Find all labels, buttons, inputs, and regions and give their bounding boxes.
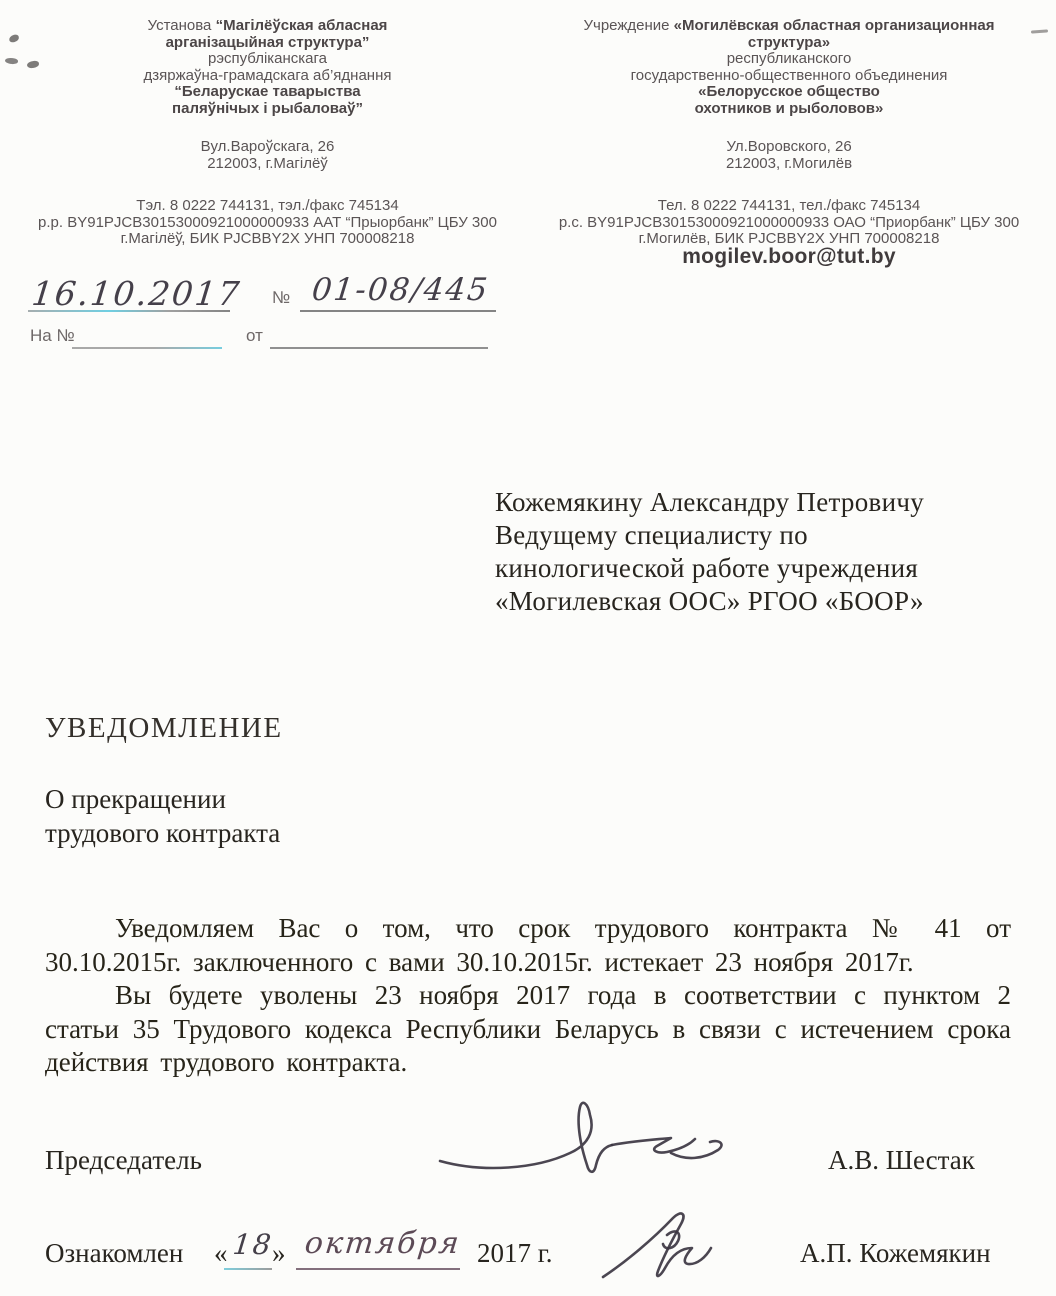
letterhead-right: Учреждение «Могилёвская областная органи… xyxy=(528,18,1050,265)
number-underline xyxy=(300,310,496,312)
chairman-name: А.В. Шестак xyxy=(828,1145,975,1176)
on-number-label: На № xyxy=(30,326,75,346)
org-name-line: государственно-общественного объединения xyxy=(528,68,1050,85)
acknowledged-name: А.П. Кожемякин xyxy=(800,1238,991,1269)
body-paragraph: Уведомляем Вас о том, что срок трудового… xyxy=(45,912,1011,979)
org-name-line: паляўнічых і рыбаловаў” xyxy=(15,101,520,118)
handwritten-date: 16.10.2017 xyxy=(30,274,243,313)
recipient-block: Кожемякину Александру Петровичу Ведущему… xyxy=(495,486,980,618)
recipient-organization: «Могилевская ООС» РГОО «БООР» xyxy=(495,585,980,618)
month-underline xyxy=(296,1268,460,1270)
org-name-line: “Беларускае таварыства xyxy=(15,84,520,101)
org-email: mogilev.boor@tut.by xyxy=(528,249,1050,266)
quote-open: « xyxy=(214,1238,228,1269)
on-number-underline xyxy=(72,347,222,349)
quote-close: » xyxy=(272,1238,286,1269)
org-phone: Тэл. 8 0222 744131, тэл./факс 745134 xyxy=(15,198,520,215)
handwritten-number: 01-08/445 xyxy=(310,272,491,308)
org-bank-details: г.Магілёў, БИК PJCBBY2X УНП 700008218 xyxy=(15,231,520,248)
org-address: Ул.Воровского, 26 xyxy=(528,139,1050,156)
org-address: 212003, г.Магілёў xyxy=(15,156,520,173)
scanned-letter-page: Установа “Магілёўская абласная арганізац… xyxy=(0,0,1056,1296)
org-address: 212003, г.Могилёв xyxy=(528,156,1050,173)
acknowledged-label: Ознакомлен xyxy=(45,1238,183,1269)
org-bank-details: р.с. BY91PJCB30153000921000000933 ОАО “П… xyxy=(528,215,1050,232)
org-address: Вул.Вароўскага, 26 xyxy=(15,139,520,156)
org-name-line: Установа “Магілёўская абласная xyxy=(15,18,520,35)
document-subject: О прекращении трудового контракта xyxy=(45,782,280,850)
acknowledged-year: 2017 г. xyxy=(477,1238,553,1269)
org-phone: Тел. 8 0222 744131, тел./факс 745134 xyxy=(528,198,1050,215)
org-name-line: республиканского xyxy=(528,51,1050,68)
subject-line: О прекращении xyxy=(45,782,280,816)
chairman-signature xyxy=(428,1095,743,1195)
document-title: УВЕДОМЛЕНИЕ xyxy=(45,712,283,745)
body-paragraph: Вы будете уволены 23 ноября 2017 года в … xyxy=(45,979,1011,1080)
from-underline xyxy=(270,347,488,349)
org-name-line: рэспубліканскага xyxy=(15,51,520,68)
acknowledged-signature xyxy=(595,1205,760,1293)
org-name-line: «Белорусское общество xyxy=(528,84,1050,101)
recipient-name: Кожемякину Александру Петровичу xyxy=(495,486,980,519)
handwritten-month: октября xyxy=(303,1226,462,1261)
org-name-line: структура» xyxy=(528,35,1050,52)
org-bank-details: р.р. BY91PJCB30153000921000000933 ААТ “П… xyxy=(15,215,520,232)
day-underline xyxy=(224,1268,272,1270)
from-label: от xyxy=(246,326,263,346)
org-name-line: охотников и рыболовов» xyxy=(528,101,1050,118)
handwritten-day: 18 xyxy=(231,1228,274,1261)
recipient-position: Ведущему специалисту по xyxy=(495,519,980,552)
chairman-title: Председатель xyxy=(45,1145,202,1176)
subject-line: трудового контракта xyxy=(45,816,280,850)
org-name-line: Учреждение «Могилёвская областная органи… xyxy=(528,18,1050,35)
date-underline xyxy=(28,310,230,312)
org-name-line: дзяржаўна-грамадскага аб’яднання xyxy=(15,68,520,85)
org-name-line: арганізацыйная структура” xyxy=(15,35,520,52)
number-label: № xyxy=(272,288,290,308)
letterhead-left: Установа “Магілёўская абласная арганізац… xyxy=(15,18,520,248)
letter-body: Уведомляем Вас о том, что срок трудового… xyxy=(45,912,1011,1080)
recipient-position: кинологической работе учреждения xyxy=(495,552,980,585)
